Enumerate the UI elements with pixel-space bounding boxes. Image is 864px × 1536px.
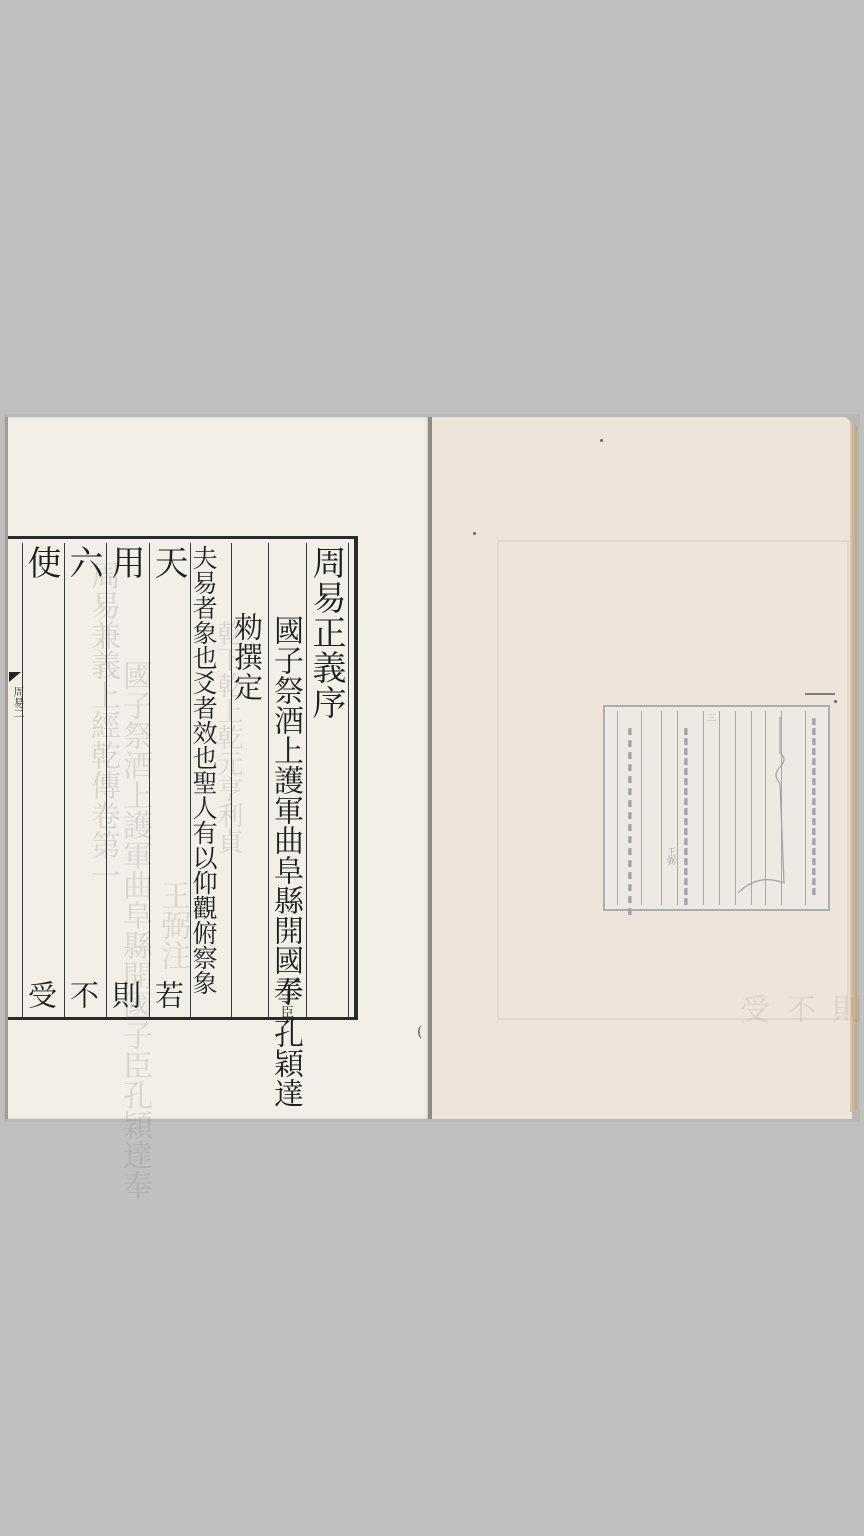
paper-speck [600, 439, 603, 442]
body-column-2-foot: 若 [153, 980, 182, 1010]
paper-speck [834, 700, 837, 703]
paper-speck [473, 532, 476, 535]
inset-text-numeral: 三 [705, 713, 714, 722]
column-rule [149, 543, 150, 1017]
inset-rule [641, 711, 642, 905]
fold-marker-text: 周易二 [10, 686, 26, 719]
author-office: 國子祭酒上護軍曲阜縣開國子 [268, 615, 303, 1005]
column-rule [22, 543, 23, 1017]
page-tab-mark [805, 693, 835, 695]
body-column-2-head: 天 [151, 545, 185, 580]
inset-note-box: ▮▮▮▮▮▮▮▮▮▮▮▮▮▮▮▮ ▮▮▮▮▮▮▮▮▮▮▮▮▮▮▮▮▮▮ 王弼 三… [603, 705, 830, 911]
fish-tail-icon [9, 672, 21, 682]
margin-mark: ( [417, 1024, 422, 1040]
edict-column: 勑撰定 [232, 612, 261, 702]
inset-text: ▮▮▮▮▮▮▮▮▮▮▮▮▮▮▮▮▮▮ [809, 717, 818, 897]
inset-text-wang: 王弼 [665, 847, 674, 865]
inset-rule [677, 711, 678, 905]
author-name: 孔穎達 [268, 1018, 303, 1108]
bleed-through-text: 受不則若 [740, 985, 864, 1029]
body-column-5-head: 使 [24, 545, 58, 580]
inset-rule [703, 711, 704, 905]
body-column-4-head: 六 [66, 545, 100, 580]
column-rule [106, 543, 107, 1017]
column-rule [348, 543, 349, 1017]
body-column-1: 夫易者象也爻者效也聖人有以仰觀俯察象 [191, 545, 216, 995]
inset-rule [617, 711, 618, 905]
column-rule [64, 543, 65, 1017]
inset-rule [805, 711, 806, 905]
author-end-char: 奉 [272, 977, 301, 1007]
inset-text: ▮▮▮▮▮▮▮▮▮▮▮▮▮▮▮▮ [625, 727, 634, 919]
body-column-4-foot: 不 [68, 980, 97, 1010]
title-column: 周易正義序 [309, 545, 343, 720]
inset-rule [661, 711, 662, 905]
inset-wave-line [718, 713, 798, 903]
author-line: 國子祭酒上護軍曲阜縣開國子臣孔穎達 [270, 615, 300, 1108]
body-column-3-foot: 則 [110, 980, 139, 1010]
inset-text: ▮▮▮▮▮▮▮▮▮▮▮▮▮▮▮▮▮▮ [681, 727, 690, 907]
fold-marker: 周易二 [9, 672, 21, 832]
body-column-5-foot: 受 [26, 980, 55, 1010]
body-column-3-head: 用 [108, 545, 142, 580]
